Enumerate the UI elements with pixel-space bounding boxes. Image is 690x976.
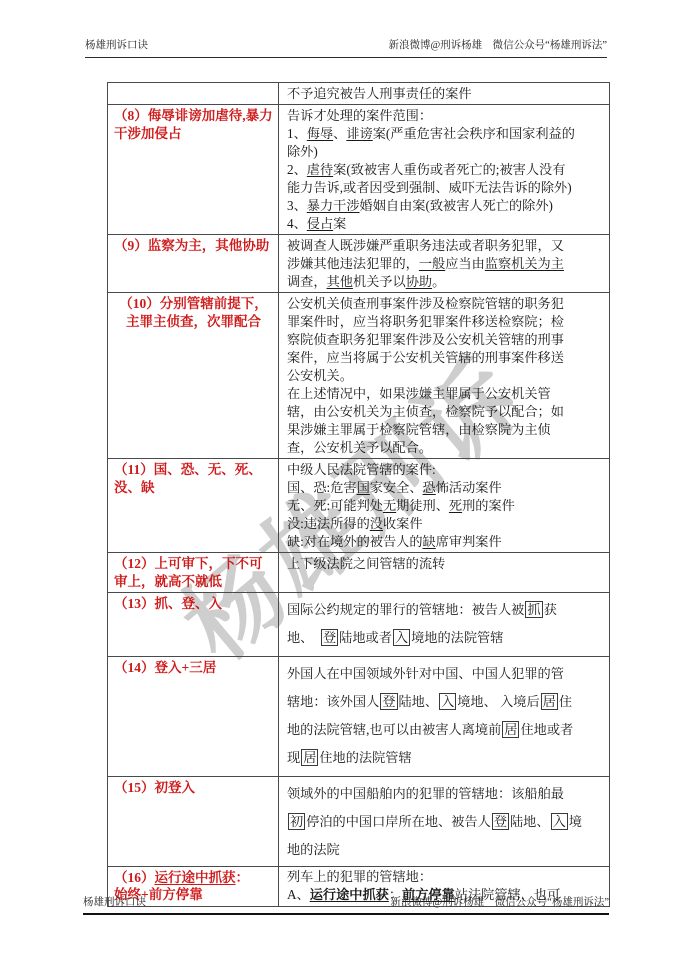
header-left-label: 杨雄刑诉口诀 bbox=[85, 37, 148, 52]
row-7-continuation: 不予追究被告人刑事责任的案件 bbox=[108, 83, 610, 105]
text-segment: 1、 bbox=[287, 126, 307, 141]
text-segment: 家安全、 bbox=[370, 480, 423, 495]
text-segment: 侮辱 bbox=[307, 126, 333, 141]
text-segment: 无、死:可能判处 bbox=[287, 498, 383, 513]
boxed-char: 入 bbox=[551, 813, 568, 830]
page-footer: 杨雄刑诉口诀 2 新浪微博@刑诉杨雄 微信公众号“杨雄刑诉法” bbox=[83, 894, 609, 915]
text-line: 没:违法所得的没收案件 bbox=[287, 515, 605, 533]
text-segment: 恐 bbox=[423, 480, 436, 495]
text-segment: 告诉才处理的案件范围： bbox=[287, 108, 432, 123]
row-15: （15）初登入领域外的中国船舶内的犯罪的管辖地：该船舶最初停泊的中国口岸所在地、… bbox=[108, 777, 610, 867]
mnemonic-table: 不予追究被告人刑事责任的案件（8）侮辱诽谤加虐待,暴力干涉加侵占告诉才处理的案件… bbox=[107, 82, 610, 907]
text-segment: ： bbox=[236, 870, 250, 885]
text-line: 上下级法院之间管辖的流转 bbox=[287, 555, 605, 573]
text-line: 查，公安机关予以配合。 bbox=[287, 439, 605, 457]
text-segment: （10）分别管辖前提下，主罪主侦查，次罪配合 bbox=[119, 296, 268, 329]
text-line: 地、 登陆地或者入境地的法院管辖 bbox=[287, 624, 605, 652]
text-segment: 涉嫌其他违法犯罪的， bbox=[287, 256, 419, 271]
explanation-cell: 领域外的中国船舶内的犯罪的管辖地：该船舶最初停泊的中国口岸所在地、被告人登陆地、… bbox=[279, 777, 610, 867]
text-line: 现居住地的法院管辖 bbox=[287, 744, 605, 772]
text-line: 领域外的中国船舶内的犯罪的管辖地：该船舶最 bbox=[287, 780, 605, 808]
text-segment: 境地、 入境后 bbox=[457, 694, 539, 709]
document-page: { "colors": { "accent_red": "#cf1a1a", "… bbox=[0, 0, 690, 976]
text-segment: 地、 bbox=[287, 630, 320, 645]
text-segment: 机关予以 bbox=[353, 274, 406, 289]
text-line: 中级人民法院管辖的案件: bbox=[287, 461, 605, 479]
text-segment: 陆地、 bbox=[510, 814, 550, 829]
text-line: 地的法院管辖,也可以由被害人离境前居住地或者 bbox=[287, 716, 605, 744]
text-segment: 暴力干涉 bbox=[307, 198, 360, 213]
mnemonic-cell: （8）侮辱诽谤加虐待,暴力干涉加侵占 bbox=[108, 105, 279, 235]
mnemonic-cell: （9）监察为主，其他协助 bbox=[108, 235, 279, 293]
text-line: 2、虐待案(致被害人重伤或者死亡的;被害人没有 bbox=[287, 161, 605, 179]
text-line: 辖地：该外国人登陆地、入境地、 入境后居住 bbox=[287, 688, 605, 716]
boxed-char: 居 bbox=[301, 749, 318, 766]
text-segment: 死 bbox=[449, 498, 462, 513]
text-segment: 期徒刑、 bbox=[396, 498, 449, 513]
text-segment: 收案件 bbox=[383, 516, 423, 531]
text-segment: 席审判案件 bbox=[436, 534, 502, 549]
text-segment: 协助 bbox=[406, 274, 432, 289]
text-segment: 查，公安机关予以配合。 bbox=[287, 440, 432, 455]
text-line: 调查，其他机关予以协助。 bbox=[287, 273, 605, 291]
text-segment: 怖活动案件 bbox=[436, 480, 502, 495]
header-right-label: 新浪微博@刑诉杨雄 微信公众号“杨雄刑诉法” bbox=[389, 37, 608, 52]
text-segment: 公安机关侦查刑事案件涉及检察院管辖的职务犯 bbox=[287, 296, 564, 311]
row-13: （13）抓、登、入国际公约规定的罪行的管辖地：被告人被抓获地、 登陆地或者入境地… bbox=[108, 593, 610, 657]
text-line: 4、侵占案 bbox=[287, 215, 605, 233]
row-12: （12）上可审下，下不可审上，就高不就低上下级法院之间管辖的流转 bbox=[108, 553, 610, 593]
text-line: 在上述情况中，如果涉嫌主罪属于公安机关管 bbox=[287, 385, 605, 403]
text-segment: 上下级法院之间管辖的流转 bbox=[287, 556, 445, 571]
text-line: 被调查人既涉嫌严重职务违法或者职务犯罪，又 bbox=[287, 237, 605, 255]
mnemonic-cell: （12）上可审下，下不可审上，就高不就低 bbox=[108, 553, 279, 593]
boxed-char: 登 bbox=[380, 693, 397, 710]
text-segment: 案(致被害人重伤或者死亡的;被害人没有 bbox=[333, 162, 565, 177]
text-segment: 缺 bbox=[423, 534, 436, 549]
text-segment: 、 bbox=[333, 126, 346, 141]
text-line: 罪案件时，应当将职务犯罪案件移送检察院；检 bbox=[287, 313, 605, 331]
text-segment: 陆地、 bbox=[399, 694, 439, 709]
mnemonic-cell bbox=[108, 83, 279, 105]
text-segment: 国、恐:危害 bbox=[287, 480, 357, 495]
text-segment: 停泊的中国口岸所在地、被告人 bbox=[306, 814, 491, 829]
explanation-cell: 上下级法院之间管辖的流转 bbox=[279, 553, 610, 593]
text-segment: 中级人民法院管辖的案件: bbox=[287, 462, 436, 477]
footer-right-label: 新浪微博@刑诉杨雄 微信公众号“杨雄刑诉法” bbox=[391, 894, 610, 909]
boxed-char: 登 bbox=[321, 629, 338, 646]
boxed-char: 登 bbox=[492, 813, 509, 830]
boxed-char: 初 bbox=[288, 813, 305, 830]
text-line: 除外) bbox=[287, 143, 605, 161]
text-segment: 除外) bbox=[287, 144, 318, 159]
boxed-char: 入 bbox=[393, 629, 410, 646]
footer-left-label: 杨雄刑诉口诀 bbox=[83, 894, 146, 909]
text-line: （9）监察为主，其他协助 bbox=[114, 237, 273, 255]
text-line: 辖，由公安机关为主侦查，检察院予以配合；如 bbox=[287, 403, 605, 421]
text-segment: 侵占 bbox=[307, 216, 333, 231]
text-line: 涉嫌其他违法犯罪的，一般应当由监察机关为主 bbox=[287, 255, 605, 273]
text-line: 公安机关。 bbox=[287, 367, 605, 385]
text-segment: 在上述情况中，如果涉嫌主罪属于公安机关管 bbox=[287, 386, 551, 401]
text-segment: 缺:对在境外的被告人的 bbox=[287, 534, 423, 549]
mnemonic-cell: （10）分别管辖前提下，主罪主侦查，次罪配合 bbox=[108, 293, 279, 459]
text-segment: （14）登入+三居 bbox=[114, 660, 216, 675]
row-14: （14）登入+三居外国人在中国领域外针对中国、中国人犯罪的管辖地：该外国人登陆地… bbox=[108, 657, 610, 777]
text-segment: 能力告诉,或者因受到强制、威吓无法告诉的除外) bbox=[287, 180, 572, 195]
text-line: 地的法院 bbox=[287, 836, 605, 864]
text-line: （10）分别管辖前提下，主罪主侦查，次罪配合 bbox=[114, 295, 273, 330]
text-line: （15）初登入 bbox=[114, 779, 273, 797]
boxed-char: 居 bbox=[502, 721, 519, 738]
text-segment: 应当由 bbox=[445, 256, 485, 271]
text-segment: 辖，由公安机关为主侦查，检察院予以配合；如 bbox=[287, 404, 564, 419]
explanation-cell: 外国人在中国领域外针对中国、中国人犯罪的管辖地：该外国人登陆地、入境地、 入境后… bbox=[279, 657, 610, 777]
boxed-char: 抓 bbox=[525, 601, 542, 618]
text-segment: 没:违法所得的 bbox=[287, 516, 370, 531]
text-segment: 察院侦查职务犯罪案件涉及公安机关管辖的刑事 bbox=[287, 332, 564, 347]
text-segment: 境地的法院管辖 bbox=[411, 630, 503, 645]
text-segment: 领域外的中国船舶内的犯罪的管辖地：该船舶最 bbox=[287, 786, 564, 801]
explanation-cell: 告诉才处理的案件范围：1、侮辱、诽谤案(严重危害社会秩序和国家利益的除外)2、虐… bbox=[279, 105, 610, 235]
explanation-cell: 国际公约规定的罪行的管辖地：被告人被抓获地、 登陆地或者入境地的法院管辖 bbox=[279, 593, 610, 657]
page-header: 杨雄刑诉口诀 新浪微博@刑诉杨雄 微信公众号“杨雄刑诉法” bbox=[85, 37, 607, 58]
text-segment: 住地的法院管辖 bbox=[319, 750, 411, 765]
row-8: （8）侮辱诽谤加虐待,暴力干涉加侵占告诉才处理的案件范围：1、侮辱、诽谤案(严重… bbox=[108, 105, 610, 235]
boxed-char: 入 bbox=[439, 693, 456, 710]
text-segment: 地的法院 bbox=[287, 842, 340, 857]
mnemonic-cell: （13）抓、登、入 bbox=[108, 593, 279, 657]
text-segment: （8）侮辱诽谤加虐待,暴力干涉加侵占 bbox=[114, 108, 273, 141]
text-segment: 被调查人既涉嫌严重职务违法或者职务犯罪，又 bbox=[287, 238, 564, 253]
explanation-cell: 不予追究被告人刑事责任的案件 bbox=[279, 83, 610, 105]
text-segment: 3、 bbox=[287, 198, 307, 213]
text-segment: 不予追究被告人刑事责任的案件 bbox=[287, 86, 472, 101]
text-segment: （9）监察为主，其他协助 bbox=[114, 238, 269, 253]
text-segment: 调查， bbox=[287, 274, 327, 289]
text-line: 列车上的犯罪的管辖地： bbox=[287, 868, 605, 886]
text-segment: 住 bbox=[559, 694, 572, 709]
text-segment: 案 bbox=[333, 216, 346, 231]
row-9: （9）监察为主，其他协助被调查人既涉嫌严重职务违法或者职务犯罪，又涉嫌其他违法犯… bbox=[108, 235, 610, 293]
text-segment: 果涉嫌主罪属于检察院管辖，由检察院为主侦 bbox=[287, 422, 551, 437]
text-segment: 其他 bbox=[327, 274, 353, 289]
text-line: （12）上可审下，下不可审上，就高不就低 bbox=[114, 555, 273, 590]
text-segment: 运行途中抓获 bbox=[155, 870, 236, 885]
text-line: （13）抓、登、入 bbox=[114, 595, 273, 613]
text-line: 果涉嫌主罪属于检察院管辖，由检察院为主侦 bbox=[287, 421, 605, 439]
row-11: （11）国、恐、无、死、没、缺中级人民法院管辖的案件:国、恐:危害国家安全、恐怖… bbox=[108, 459, 610, 553]
text-line: 初停泊的中国口岸所在地、被告人登陆地、入境 bbox=[287, 808, 605, 836]
text-line: （16）运行途中抓获： bbox=[114, 869, 273, 887]
text-segment: 获 bbox=[544, 602, 557, 617]
text-segment: （12）上可审下，下不可审上，就高不就低 bbox=[114, 556, 263, 589]
text-segment: 无 bbox=[383, 498, 396, 513]
text-segment: 罪案件时，应当将职务犯罪案件移送检察院；检 bbox=[287, 314, 564, 329]
text-segment: 监察机关为主 bbox=[485, 256, 564, 271]
text-segment: 2、 bbox=[287, 162, 307, 177]
text-line: 国、恐:危害国家安全、恐怖活动案件 bbox=[287, 479, 605, 497]
text-segment: 陆地或者 bbox=[339, 630, 392, 645]
mnemonic-table-body: 不予追究被告人刑事责任的案件（8）侮辱诽谤加虐待,暴力干涉加侵占告诉才处理的案件… bbox=[108, 83, 610, 907]
text-segment: 没 bbox=[370, 516, 383, 531]
text-segment: 刑的案件 bbox=[462, 498, 515, 513]
text-line: 3、暴力干涉婚姻自由案(致被害人死亡的除外) bbox=[287, 197, 605, 215]
text-line: 察院侦查职务犯罪案件涉及公安机关管辖的刑事 bbox=[287, 331, 605, 349]
text-segment: 案(严重危害社会秩序和国家利益的 bbox=[373, 126, 575, 141]
text-line: 无、死:可能判处无期徒刑、死刑的案件 bbox=[287, 497, 605, 515]
footer-right-group: 2 新浪微博@刑诉杨雄 微信公众号“杨雄刑诉法” bbox=[378, 894, 609, 909]
text-segment: 诽谤 bbox=[346, 126, 372, 141]
text-segment: （13）抓、登、入 bbox=[114, 596, 222, 611]
mnemonic-cell: （14）登入+三居 bbox=[108, 657, 279, 777]
explanation-cell: 中级人民法院管辖的案件:国、恐:危害国家安全、恐怖活动案件无、死:可能判处无期徒… bbox=[279, 459, 610, 553]
text-segment: 婚姻自由案(致被害人死亡的除外) bbox=[360, 198, 553, 213]
text-segment: 国际公约规定的罪行的管辖地：被告人被 bbox=[287, 602, 524, 617]
mnemonic-cell: （15）初登入 bbox=[108, 777, 279, 867]
mnemonic-cell: （11）国、恐、无、死、没、缺 bbox=[108, 459, 279, 553]
text-line: 国际公约规定的罪行的管辖地：被告人被抓获 bbox=[287, 596, 605, 624]
text-segment: 4、 bbox=[287, 216, 307, 231]
text-segment: 国 bbox=[357, 480, 370, 495]
text-segment: 一般 bbox=[419, 256, 445, 271]
row-10: （10）分别管辖前提下，主罪主侦查，次罪配合公安机关侦查刑事案件涉及检察院管辖的… bbox=[108, 293, 610, 459]
boxed-char: 居 bbox=[541, 693, 558, 710]
text-segment: 外国人在中国领域外针对中国、中国人犯罪的管 bbox=[287, 666, 564, 681]
text-line: 案件，应当将属于公安机关管辖的刑事案件移送 bbox=[287, 349, 605, 367]
text-segment: （16） bbox=[114, 870, 155, 885]
text-line: 1、侮辱、诽谤案(严重危害社会秩序和国家利益的 bbox=[287, 125, 605, 143]
footer-page-number: 2 bbox=[378, 894, 383, 909]
explanation-cell: 被调查人既涉嫌严重职务违法或者职务犯罪，又涉嫌其他违法犯罪的，一般应当由监察机关… bbox=[279, 235, 610, 293]
text-segment: （15）初登入 bbox=[114, 780, 195, 795]
text-line: 不予追究被告人刑事责任的案件 bbox=[287, 85, 605, 103]
text-line: 外国人在中国领域外针对中国、中国人犯罪的管 bbox=[287, 660, 605, 688]
text-segment: 辖地：该外国人 bbox=[287, 694, 379, 709]
text-segment: 虐待 bbox=[307, 162, 333, 177]
text-segment: 现 bbox=[287, 750, 300, 765]
text-line: 缺:对在境外的被告人的缺席审判案件 bbox=[287, 533, 605, 551]
text-line: （11）国、恐、无、死、没、缺 bbox=[114, 461, 273, 496]
text-line: 公安机关侦查刑事案件涉及检察院管辖的职务犯 bbox=[287, 295, 605, 313]
text-segment: 案件，应当将属于公安机关管辖的刑事案件移送 bbox=[287, 350, 564, 365]
text-line: 告诉才处理的案件范围： bbox=[287, 107, 605, 125]
text-segment: 住地或者 bbox=[520, 722, 573, 737]
text-segment: 。 bbox=[432, 274, 445, 289]
text-segment: 列车上的犯罪的管辖地： bbox=[287, 869, 432, 884]
text-line: （8）侮辱诽谤加虐待,暴力干涉加侵占 bbox=[114, 107, 273, 142]
text-segment: 公安机关。 bbox=[287, 368, 353, 383]
text-segment: （11）国、恐、无、死、没、缺 bbox=[114, 462, 262, 495]
text-segment: 境 bbox=[569, 814, 582, 829]
text-line: 能力告诉,或者因受到强制、威吓无法告诉的除外) bbox=[287, 179, 605, 197]
text-segment: 地的法院管辖,也可以由被害人离境前 bbox=[287, 722, 501, 737]
text-line: （14）登入+三居 bbox=[114, 659, 273, 677]
explanation-cell: 公安机关侦查刑事案件涉及检察院管辖的职务犯罪案件时，应当将职务犯罪案件移送检察院… bbox=[279, 293, 610, 459]
